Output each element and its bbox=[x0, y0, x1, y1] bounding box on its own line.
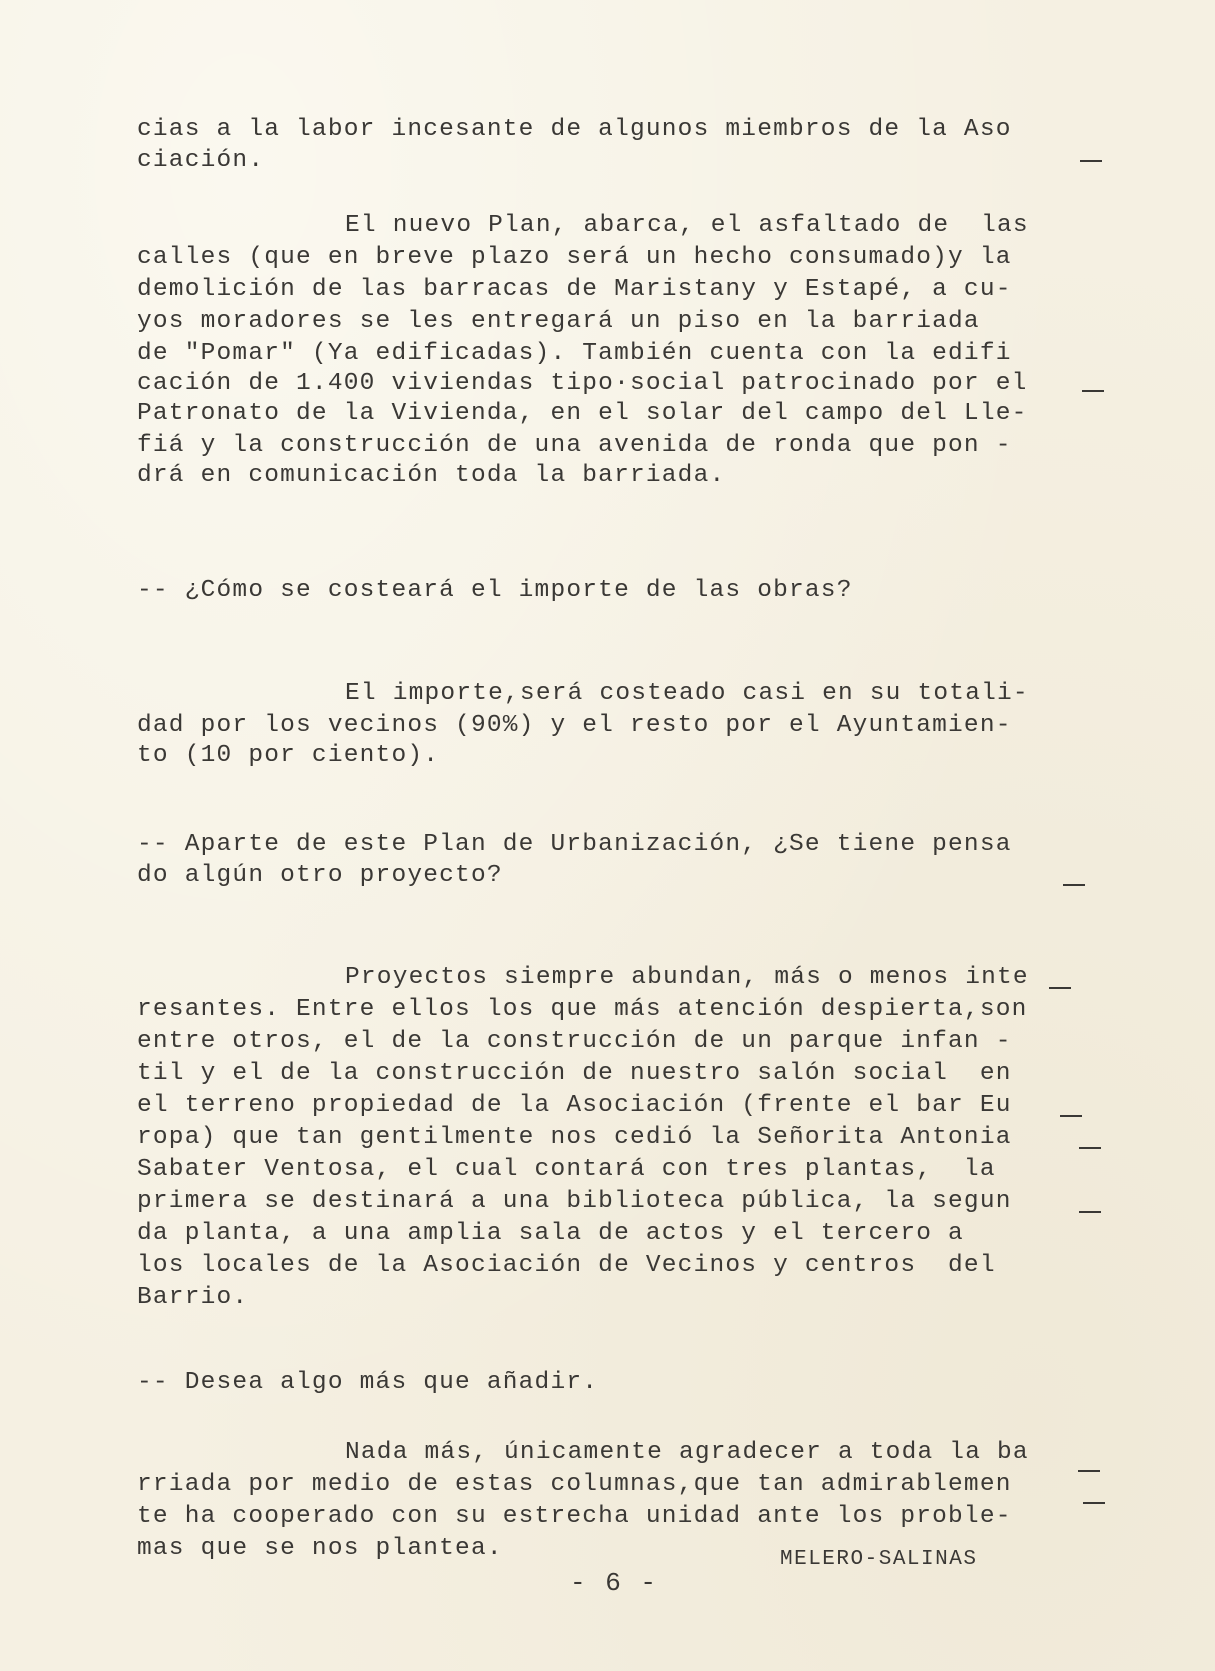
hyphen-underscore-mark bbox=[1079, 1211, 1101, 1213]
hyphen-underscore-mark bbox=[1082, 390, 1104, 392]
interview-question: -- Desea algo más que añadir. bbox=[137, 1367, 598, 1399]
text-line: ropa) que tan gentilmente nos cedió la S… bbox=[137, 1122, 1012, 1154]
text-line: demolición de las barracas de Maristany … bbox=[137, 274, 1012, 306]
hyphen-underscore-mark bbox=[1078, 1470, 1100, 1472]
text-line: drá en comunicación toda la barriada. bbox=[137, 460, 725, 492]
text-line: da planta, a una amplia sala de actos y … bbox=[137, 1218, 964, 1250]
text-line: calles (que en breve plazo será un hecho… bbox=[137, 242, 1012, 274]
text-line: los locales de la Asociación de Vecinos … bbox=[137, 1250, 996, 1282]
text-line: El nuevo Plan, abarca, el asfaltado de l… bbox=[345, 210, 1029, 242]
hyphen-underscore-mark bbox=[1079, 1147, 1101, 1149]
text-line: primera se destinará a una biblioteca pú… bbox=[137, 1186, 1012, 1218]
text-line: cación de 1.400 viviendas tipo·social pa… bbox=[137, 368, 1028, 400]
text-line: Sabater Ventosa, el cual contará con tre… bbox=[137, 1154, 996, 1186]
text-line: rriada por medio de estas columnas,que t… bbox=[137, 1469, 1012, 1501]
page-number: - 6 - bbox=[570, 1568, 658, 1598]
hyphen-underscore-mark bbox=[1049, 987, 1071, 989]
hyphen-underscore-mark bbox=[1080, 160, 1102, 162]
text-line: Nada más, únicamente agradecer a toda la… bbox=[345, 1437, 1029, 1469]
text-line: mas que se nos plantea. bbox=[137, 1533, 503, 1565]
text-line: yos moradores se les entregará un piso e… bbox=[137, 306, 980, 338]
text-line: ciación. bbox=[137, 145, 264, 177]
hyphen-underscore-mark bbox=[1060, 1115, 1082, 1117]
text-line: entre otros, el de la construcción de un… bbox=[137, 1026, 1012, 1058]
text-line: Patronato de la Vivienda, en el solar de… bbox=[137, 398, 1028, 430]
hyphen-underscore-mark bbox=[1083, 1502, 1105, 1504]
text-line: resantes. Entre ellos los que más atenci… bbox=[137, 994, 1028, 1026]
text-line: cias a la labor incesante de algunos mie… bbox=[137, 114, 1012, 146]
text-line: til y el de la construcción de nuestro s… bbox=[137, 1058, 1012, 1090]
text-line: fiá y la construcción de una avenida de … bbox=[137, 430, 1012, 462]
text-line: el terreno propiedad de la Asociación (f… bbox=[137, 1090, 1012, 1122]
text-line: te ha cooperado con su estrecha unidad a… bbox=[137, 1501, 1012, 1533]
text-line: de "Pomar" (Ya edificadas). También cuen… bbox=[137, 338, 1012, 370]
text-line: to (10 por ciento). bbox=[137, 740, 439, 772]
hyphen-underscore-mark bbox=[1063, 884, 1085, 886]
interview-question: -- Aparte de este Plan de Urbanización, … bbox=[137, 829, 1012, 861]
author-signature: MELERO-SALINAS bbox=[780, 1548, 977, 1571]
text-line: El importe,será costeado casi en su tota… bbox=[345, 678, 1029, 710]
interview-question: -- ¿Cómo se costeará el importe de las o… bbox=[137, 575, 853, 607]
text-line: dad por los vecinos (90%) y el resto por… bbox=[137, 710, 1012, 742]
text-line: Barrio. bbox=[137, 1282, 248, 1314]
interview-question: do algún otro proyecto? bbox=[137, 860, 503, 892]
text-line: Proyectos siempre abundan, más o menos i… bbox=[345, 962, 1029, 994]
